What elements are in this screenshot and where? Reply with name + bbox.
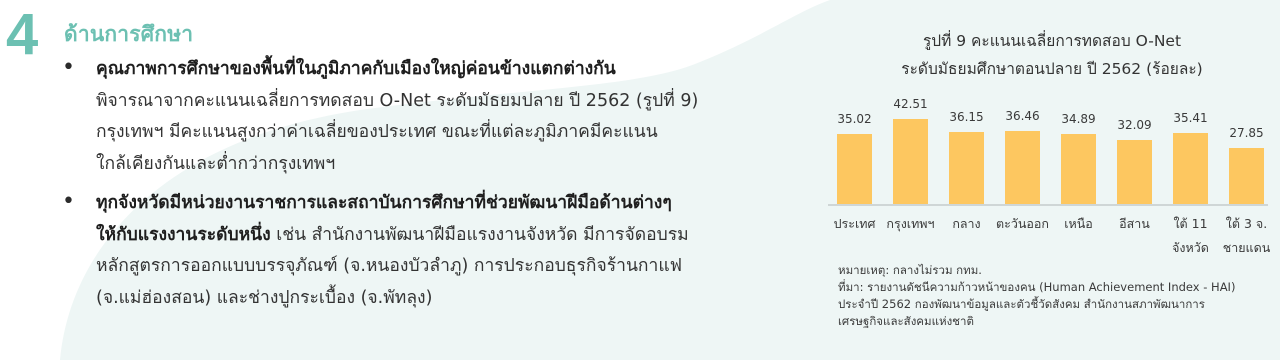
bar	[837, 134, 872, 204]
source-note: ประจำปี 2562 กองพัฒนาข้อมูลและตัวชี้วัดส…	[838, 296, 1268, 313]
bar	[1061, 134, 1096, 204]
bullet-line: หลักสูตรการออกแบบบรรจุภัณฑ์ (จ.หนองบัวลำ…	[96, 251, 689, 283]
bar-value-label: 35.41	[1163, 111, 1219, 125]
category-label-line: กรุงเทพฯ	[881, 212, 941, 236]
bar	[1173, 133, 1208, 204]
bullet-line: (จ.แม่ฮ่องสอน) และช่างปูกระเบื้อง (จ.พัท…	[96, 283, 689, 315]
category-label: ใต้ 3 จ.ชายแดน	[1217, 212, 1277, 260]
bar	[1117, 140, 1152, 204]
bullet-line: ใกล้เคียงกันและต่ำกว่ากรุงเทพฯ	[96, 149, 698, 181]
bullet-item: • คุณภาพการศึกษาของพื้นที่ในภูมิภาคกับเม…	[60, 54, 820, 180]
bullet-line: เช่น สำนักงานพัฒนาฝีมือแรงงานจังหวัด มีก…	[271, 225, 689, 245]
x-axis-line	[828, 204, 1268, 206]
category-label: อีสาน	[1105, 212, 1165, 236]
bar	[949, 132, 984, 204]
category-label-line: อีสาน	[1105, 212, 1165, 236]
bar-value-label: 34.89	[1051, 112, 1107, 126]
bullet-heading: ทุกจังหวัดมีหน่วยงานราชการและสถาบันการศึ…	[96, 193, 672, 213]
category-label: กลาง	[937, 212, 997, 236]
category-label-line: ใต้ 3 จ.	[1217, 212, 1277, 236]
bullet-item: • ทุกจังหวัดมีหน่วยงานราชการและสถาบันการ…	[60, 188, 820, 314]
category-label-line: ตะวันออก	[993, 212, 1053, 236]
chart-title: รูปที่ 9 คะแนนเฉลี่ยการทดสอบ O-Net ระดับ…	[832, 27, 1272, 83]
category-label-line: ใต้ 11	[1161, 212, 1221, 236]
chart-title-line: ระดับมัธยมศึกษาตอนปลาย ปี 2562 (ร้อยละ)	[832, 55, 1272, 83]
bullet-heading: คุณภาพการศึกษาของพื้นที่ในภูมิภาคกับเมือ…	[96, 59, 616, 79]
bullet-text: คุณภาพการศึกษาของพื้นที่ในภูมิภาคกับเมือ…	[96, 54, 698, 180]
bar-value-label: 27.85	[1219, 126, 1275, 140]
bar-value-label: 36.46	[995, 109, 1051, 123]
bullet-line: พิจารณาจากคะแนนเฉลี่ยการทดสอบ O-Net ระดั…	[96, 86, 698, 118]
bullet-line: กรุงเทพฯ มีคะแนนสูงกว่าค่าเฉลี่ยของประเท…	[96, 117, 698, 149]
remark-note: หมายเหตุ: กลางไม่รวม กทม.	[838, 262, 1268, 279]
category-label: กรุงเทพฯ	[881, 212, 941, 236]
bullet-icon: •	[60, 188, 96, 314]
bar	[893, 119, 928, 204]
category-label-line: เหนือ	[1049, 212, 1109, 236]
bar-value-label: 36.15	[939, 110, 995, 124]
section-title: ด้านการศึกษา	[64, 18, 193, 51]
bar-value-label: 42.51	[883, 97, 939, 111]
chart-title-line: รูปที่ 9 คะแนนเฉลี่ยการทดสอบ O-Net	[832, 27, 1272, 55]
category-label: ประเทศ	[825, 212, 885, 236]
bullet-text: ทุกจังหวัดมีหน่วยงานราชการและสถาบันการศึ…	[96, 188, 689, 314]
bar	[1005, 131, 1040, 204]
category-label-line: ชายแดน	[1217, 236, 1277, 260]
bullet-icon: •	[60, 54, 96, 180]
bullet-list: • คุณภาพการศึกษาของพื้นที่ในภูมิภาคกับเม…	[60, 54, 820, 322]
category-label-line: ประเทศ	[825, 212, 885, 236]
bar-value-label: 35.02	[827, 112, 883, 126]
bar-value-label: 32.09	[1107, 118, 1163, 132]
category-label: ตะวันออก	[993, 212, 1053, 236]
chart-notes: หมายเหตุ: กลางไม่รวม กทม. ที่มา: รายงานด…	[838, 262, 1268, 330]
category-label-line: กลาง	[937, 212, 997, 236]
source-note: เศรษฐกิจและสังคมแห่งชาติ	[838, 313, 1268, 330]
bullet-heading-cont: ให้กับแรงงานระดับหนึ่ง	[96, 225, 271, 245]
category-label: ใต้ 11จังหวัด	[1161, 212, 1221, 260]
section-number: 4	[6, 6, 38, 64]
source-note: ที่มา: รายงานดัชนีความก้าวหน้าของคน (Hum…	[838, 279, 1268, 296]
category-label-line: จังหวัด	[1161, 236, 1221, 260]
bar-chart: 35.02ประเทศ42.51กรุงเทพฯ36.15กลาง36.46ตะ…	[828, 80, 1268, 266]
bar	[1229, 148, 1264, 204]
category-label: เหนือ	[1049, 212, 1109, 236]
